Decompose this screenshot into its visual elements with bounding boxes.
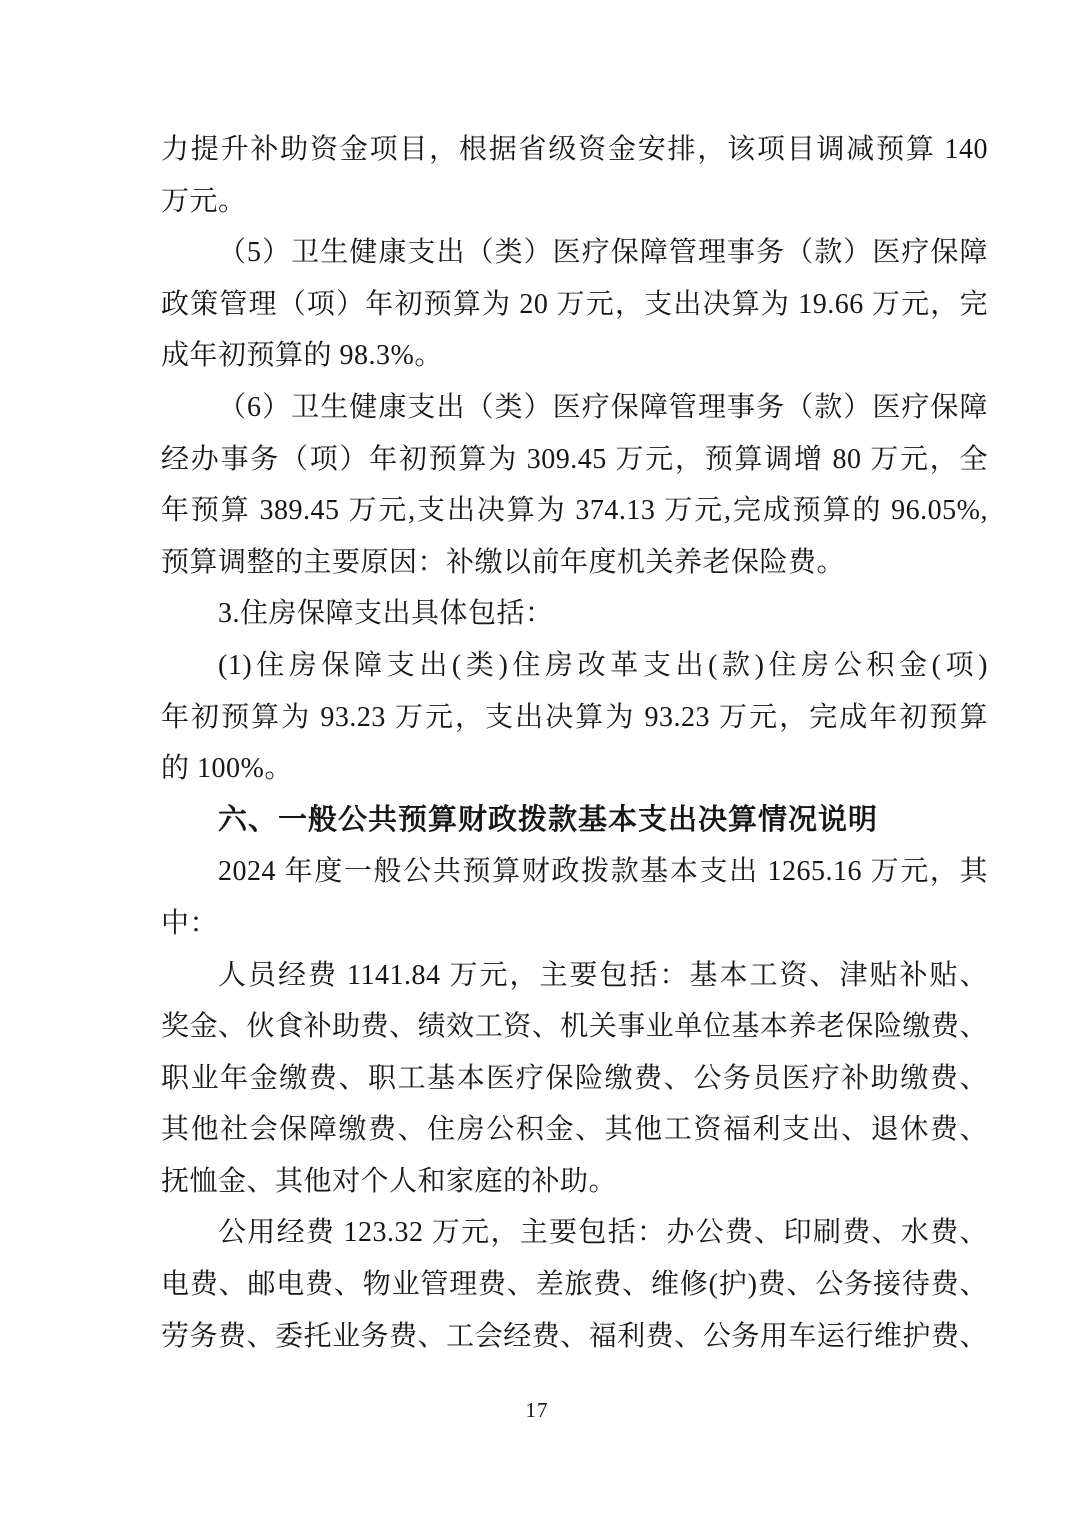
text-line: 年初预算为 93.23 万元，支出决算为 93.23 万元，完成年初预算 <box>161 692 988 744</box>
text-line: 经办事务（项）年初预算为 309.45 万元，预算调增 80 万元，全 <box>161 434 988 486</box>
text-line: 抚恤金、其他对个人和家庭的补助。 <box>161 1156 988 1208</box>
text-line: 劳务费、委托业务费、工会经费、福利费、公务用车运行维护费、 <box>161 1311 988 1363</box>
paragraph: (1)住房保障支出(类)住房改革支出(款)住房公积金(项)年初预算为 93.23… <box>161 640 988 795</box>
text-line: (1)住房保障支出(类)住房改革支出(款)住房公积金(项) <box>161 640 988 692</box>
text-line: 2024 年度一般公共预算财政拨款基本支出 1265.16 万元，其 <box>161 846 988 898</box>
text-line: （6）卫生健康支出（类）医疗保障管理事务（款）医疗保障 <box>161 382 988 434</box>
paragraph: 人员经费 1141.84 万元，主要包括：基本工资、津贴补贴、奖金、伙食补助费、… <box>161 950 988 1208</box>
text-line: 的 100%。 <box>161 743 988 795</box>
text-line: 预算调整的主要原因：补缴以前年度机关养老保险费。 <box>161 537 988 589</box>
document-page: 力提升补助资金项目，根据省级资金安排，该项目调减预算 140万元。（5）卫生健康… <box>0 0 1074 1520</box>
document-body: 力提升补助资金项目，根据省级资金安排，该项目调减预算 140万元。（5）卫生健康… <box>161 124 988 1362</box>
text-line: 其他社会保障缴费、住房公积金、其他工资福利支出、退休费、 <box>161 1104 988 1156</box>
paragraph: （5）卫生健康支出（类）医疗保障管理事务（款）医疗保障政策管理（项）年初预算为 … <box>161 227 988 382</box>
text-line: 万元。 <box>161 176 988 228</box>
text-line: 3.住房保障支出具体包括： <box>161 588 988 640</box>
paragraph: （6）卫生健康支出（类）医疗保障管理事务（款）医疗保障经办事务（项）年初预算为 … <box>161 382 988 588</box>
page-footer: 17 <box>0 1398 1074 1423</box>
text-line: 电费、邮电费、物业管理费、差旅费、维修(护)费、公务接待费、 <box>161 1259 988 1311</box>
text-line: 奖金、伙食补助费、绩效工资、机关事业单位基本养老保险缴费、 <box>161 1001 988 1053</box>
text-line: 力提升补助资金项目，根据省级资金安排，该项目调减预算 140 <box>161 124 988 176</box>
paragraph: 公用经费 123.32 万元，主要包括：办公费、印刷费、水费、电费、邮电费、物业… <box>161 1207 988 1362</box>
text-line: 人员经费 1141.84 万元，主要包括：基本工资、津贴补贴、 <box>161 950 988 1002</box>
text-line: 六、一般公共预算财政拨款基本支出决算情况说明 <box>161 795 988 847</box>
page-number: 17 <box>526 1398 549 1422</box>
text-line: （5）卫生健康支出（类）医疗保障管理事务（款）医疗保障 <box>161 227 988 279</box>
text-line: 中： <box>161 898 988 950</box>
paragraph: 力提升补助资金项目，根据省级资金安排，该项目调减预算 140万元。 <box>161 124 988 227</box>
text-line: 公用经费 123.32 万元，主要包括：办公费、印刷费、水费、 <box>161 1207 988 1259</box>
paragraph: 2024 年度一般公共预算财政拨款基本支出 1265.16 万元，其中： <box>161 846 988 949</box>
text-line: 职业年金缴费、职工基本医疗保险缴费、公务员医疗补助缴费、 <box>161 1053 988 1105</box>
paragraph: 3.住房保障支出具体包括： <box>161 588 988 640</box>
text-line: 成年初预算的 98.3%。 <box>161 330 988 382</box>
text-line: 年预算 389.45 万元,支出决算为 374.13 万元,完成预算的 96.0… <box>161 485 988 537</box>
section-heading: 六、一般公共预算财政拨款基本支出决算情况说明 <box>161 795 988 847</box>
text-line: 政策管理（项）年初预算为 20 万元，支出决算为 19.66 万元，完 <box>161 279 988 331</box>
